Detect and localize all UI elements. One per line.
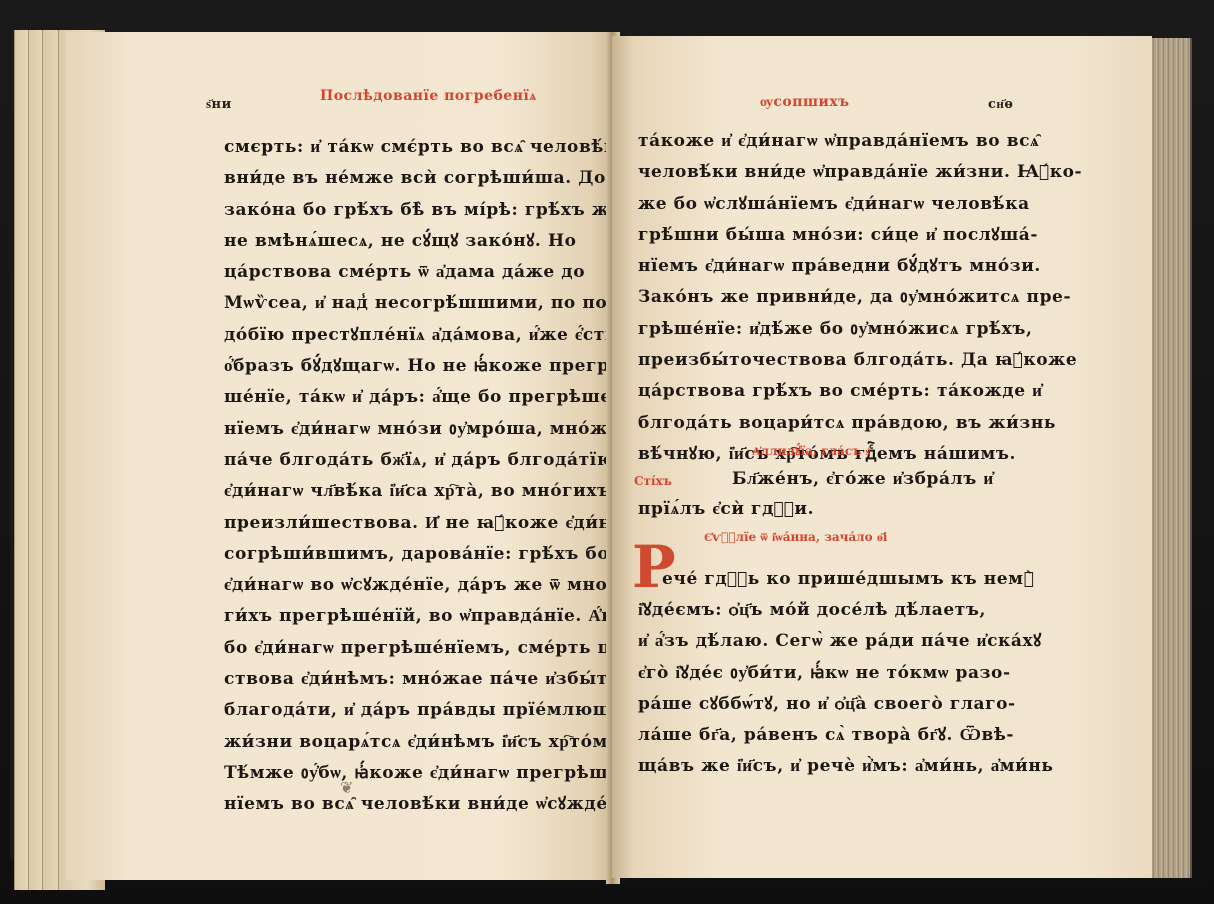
- right-text-block: та́коже и҆ є҆ди́нагѡ ѡ҆правда́нїемъ во в…: [638, 126, 1016, 470]
- left-running-head: Послѣдованїе погребенїѧ: [320, 88, 537, 105]
- text-line: согрѣши́вшимъ, дарова́нїе: грѣ́хъ бо и҆з: [224, 539, 602, 570]
- right-running-head: ѹсопшихъ: [760, 94, 850, 111]
- left-folio-number: ѕ҃ни: [206, 96, 232, 112]
- right-folio-number: сн҃ѳ: [988, 96, 1013, 112]
- text-line: ствова є҆ди́нѣмъ: мно́жае па́че и҆збы́то…: [224, 664, 602, 695]
- text-line: Зако́нъ же привни́де, да ᲂу҆мно́житсѧ пр…: [638, 282, 1016, 313]
- text-line: ща́въ же і҆и҃съ, и҆ речѐ и҆̀мъ: а҆ми́нь,…: [638, 751, 1018, 782]
- text-line: ца́рствова сме́рть ѿ а҆дама да́же до: [224, 257, 602, 288]
- text-line: жи́зни воцарѧ́тсѧ є҆ди́нѣмъ і҆и҃съ хр҇то…: [224, 727, 602, 758]
- text-line: же бо ѡ҆слꙋша́нїемъ є҆ди́нагѡ человѣ́ка: [638, 189, 1016, 220]
- text-line: ги́хъ прегрѣше́нїй, во ѡ҆правда́нїе. А҆́…: [224, 601, 602, 632]
- left-page: ѕ҃ни Послѣдованїе погребенїѧ смєрть: и҆ …: [66, 32, 614, 880]
- text-line: блгода́ть воцари́тсѧ пра́вдою, въ жи́знь: [638, 408, 1016, 439]
- text-line: не вмѣнѧ́шесѧ, не сꙋ́щꙋ зако́нꙋ. Но: [224, 226, 602, 257]
- alleluia-rubric: А҆ллилꙋ́їа, гла́съ ѕ҃: [752, 442, 870, 459]
- text-line: па́че блгода́ть бж҃їѧ, и҆ да́ръ блгода́т…: [224, 445, 602, 476]
- text-line: є҆го̀ і҆ꙋде́є ᲂу҆би́ти, ꙗ҆́кѡ не то́кмѡ …: [638, 658, 1018, 689]
- text-line: Мѡѷсеа, и҆ над̾ несогрѣ́шшими, по по-: [224, 288, 602, 319]
- text-line: ше́нїе, та́кѡ и҆ да́ръ: а҆́ще бо прегрѣш…: [224, 382, 602, 413]
- text-line: є҆ди́нагѡ во ѡ҆сꙋжде́нїе, да́ръ же ѿ мно…: [224, 570, 602, 601]
- text-line: та́коже и҆ є҆ди́нагѡ ѡ҆правда́нїемъ во в…: [638, 126, 1016, 157]
- fleuron-ornament-icon: ❦: [340, 778, 353, 797]
- text-line: і҆ꙋде́ємъ: ѻ҆ц҃ъ мо́й досе́лѣ дѣ́лаетъ,: [638, 595, 1018, 626]
- text-line: вни́де въ не́мже всѝ согрѣши́ша. До: [224, 163, 602, 194]
- text-line: человѣ́ки вни́де ѡ҆правда́нїе жи́зни. Ꙗ҆…: [638, 157, 1016, 188]
- text-line: и҆ а҆́зъ дѣ́лаю. Сегѡ̀ же ра́ди па́че и҆…: [638, 626, 1018, 657]
- text-line: о҆́бразъ бꙋ́дꙋщагѡ. Но не ꙗ҆́коже прегрѣ…: [224, 351, 602, 382]
- text-line: ра́ше сꙋббѡ́тꙋ, но и҆ ѻ҆ц҃а̀ своего̀ гла…: [638, 689, 1018, 720]
- text-line: нїемъ є҆ди́нагѡ пра́ведни бꙋ́дꙋтъ мно́зи…: [638, 251, 1016, 282]
- left-text-block: смєрть: и҆ та́кѡ смє́рть во всѧ̑ человѣ́…: [224, 132, 602, 821]
- text-line: зако́на бо грѣ́хъ бѣ̀ въ мі́рѣ: грѣ́хъ ж…: [224, 195, 602, 226]
- verse-line-2: прїѧ́лъ є҆сѝ гдⷭ҇и.: [638, 494, 838, 525]
- text-line: Тѣ́мже ᲂу҆́бѡ, ꙗ҆́коже є҆ди́нагѡ прегрѣш…: [224, 758, 602, 789]
- stikh-rubric: Сті́хъ: [634, 474, 672, 488]
- text-line: благода́ти, и҆ да́ръ пра́вды прїе́млюще,…: [224, 695, 602, 726]
- text-line: ла́ше бг҃а, ра́венъ сѧ̀ твора̀ бг҃ꙋ. Ѿвѣ…: [638, 720, 1018, 751]
- text-line: преизбы́точествова блгода́ть. Да ꙗ҆́коже: [638, 345, 1016, 376]
- text-line: до́бїю престꙋпле́нїѧ а҆да́мова, и҆́же є҆…: [224, 320, 602, 351]
- gospel-first-line: ече́ гдⷭ҇ь ко прише́дшымъ къ немꙋ̀: [662, 564, 1018, 595]
- text-line: є҆ди́нагѡ чл҃вѣ́ка і҆и҃са хр҇та̀, во мно…: [224, 476, 602, 507]
- text-line: нїемъ во всѧ̑ человѣ́ки вни́де ѡ҆сꙋжде́н…: [224, 789, 602, 820]
- text-line: преизли́шествова. И҆ не ꙗ҆́коже є҆ди́нѣм…: [224, 508, 602, 539]
- text-line: Бл҃же́нъ, є҆го́же и҆збра́лъ и҆: [732, 464, 1022, 495]
- right-page: ѹсопшихъ сн҃ѳ та́коже и҆ є҆ди́нагѡ ѡ҆пра…: [612, 36, 1152, 878]
- verse-line-1: Бл҃же́нъ, є҆го́же и҆збра́лъ и҆: [732, 464, 1022, 495]
- text-line: бо є҆ди́нагѡ прегрѣше́нїемъ, сме́рть цар…: [224, 633, 602, 664]
- text-line: грѣ́шни бы́ша мно́зи: си́це и҆ послꙋша́-: [638, 220, 1016, 251]
- text-line: грѣше́нїе: и҆дѣ́же бо ᲂу҆мно́жисѧ грѣ́хъ…: [638, 314, 1016, 345]
- text-line: ца́рствова грѣ́хъ во сме́рть: та́кожде и…: [638, 376, 1016, 407]
- right-page-stack: [1150, 38, 1192, 878]
- text-line: ече́ гдⷭ҇ь ко прише́дшымъ къ немꙋ̀: [662, 564, 1018, 595]
- gospel-rubric: Є҆ѵⷢ҇лїе ѿ і҆ѡа́нна, зача́ло ѳ҃і: [704, 530, 887, 545]
- text-line: смєрть: и҆ та́кѡ смє́рть во всѧ̑ человѣ́…: [224, 132, 602, 163]
- text-line: прїѧ́лъ є҆сѝ гдⷭ҇и.: [638, 494, 838, 525]
- text-line: нїемъ є҆ди́нагѡ мно́зи ᲂу҆мро́ша, мно́жа…: [224, 414, 602, 445]
- gospel-text-block: і҆ꙋде́ємъ: ѻ҆ц҃ъ мо́й досе́лѣ дѣ́лаетъ, …: [638, 595, 1018, 783]
